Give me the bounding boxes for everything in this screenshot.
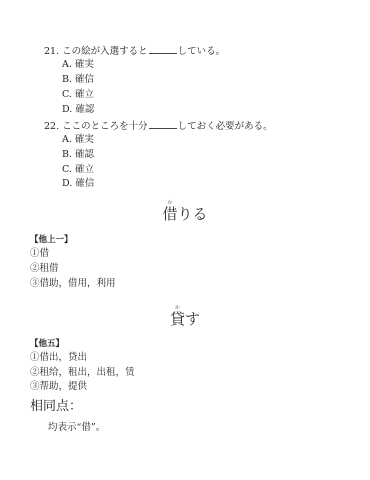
definition-item: ③借助，借用，利用	[30, 278, 116, 290]
option-letter: B.	[62, 149, 72, 160]
option-22-d: D. 確信	[62, 178, 94, 190]
okurigana: す	[185, 310, 200, 328]
question-22: 22. ここのところを十分しておく必要がある。	[44, 119, 273, 133]
furigana: か	[170, 305, 185, 311]
answer-blank	[149, 119, 177, 129]
question-text-after: しておく必要がある。	[178, 121, 273, 132]
option-letter: A.	[62, 59, 72, 70]
entry-kanji: 借	[162, 205, 177, 223]
option-letter: A.	[62, 134, 72, 145]
option-text: 確認	[75, 104, 94, 115]
option-22-a: A. 確実	[62, 134, 94, 146]
entry-kanji: 貸	[170, 310, 185, 328]
option-text: 確立	[75, 164, 94, 175]
question-text-before: ここのところを十分	[62, 121, 148, 132]
question-number: 21.	[44, 46, 59, 57]
part-of-speech-label: 【他上一】	[30, 234, 73, 246]
definition-item: ①借	[30, 248, 49, 260]
option-letter: B.	[62, 74, 72, 85]
similarities-title: 相同点：	[30, 399, 82, 415]
definition-item: ②租给，租出，出租，赁	[30, 367, 135, 379]
option-letter: D.	[62, 104, 72, 115]
part-of-speech-label: 【他五】	[30, 338, 64, 350]
option-21-d: D. 確認	[62, 104, 94, 116]
option-text: 確立	[75, 89, 94, 100]
option-21-a: A. 確実	[62, 59, 94, 71]
definition-item: ②租借	[30, 263, 59, 275]
entry-heading-kasu: 貸かす	[0, 305, 370, 328]
option-text: 確認	[75, 149, 94, 160]
option-letter: C.	[62, 164, 72, 175]
option-text: 確信	[75, 178, 94, 189]
question-21: 21. この絵が入選するとしている。	[44, 44, 225, 58]
definition-item: ③帮助，提供	[30, 381, 87, 393]
similarities-text: 均表示“借”。	[48, 422, 105, 434]
option-21-c: C. 確立	[62, 89, 94, 101]
option-letter: D.	[62, 178, 72, 189]
furigana: か	[162, 200, 177, 206]
question-text-before: この絵が入選すると	[62, 46, 148, 57]
entry-heading-kariru: 借かりる	[0, 200, 370, 223]
okurigana: りる	[178, 205, 208, 223]
question-number: 22.	[44, 121, 59, 132]
definition-item: ①借出，贷出	[30, 352, 87, 364]
option-22-c: C. 確立	[62, 164, 94, 176]
option-text: 確実	[75, 134, 94, 145]
option-text: 確実	[75, 59, 94, 70]
option-letter: C.	[62, 89, 72, 100]
option-22-b: B. 確認	[62, 149, 94, 161]
question-text-after: している。	[178, 46, 226, 57]
option-text: 確信	[75, 74, 94, 85]
answer-blank	[149, 44, 177, 54]
option-21-b: B. 確信	[62, 74, 94, 86]
